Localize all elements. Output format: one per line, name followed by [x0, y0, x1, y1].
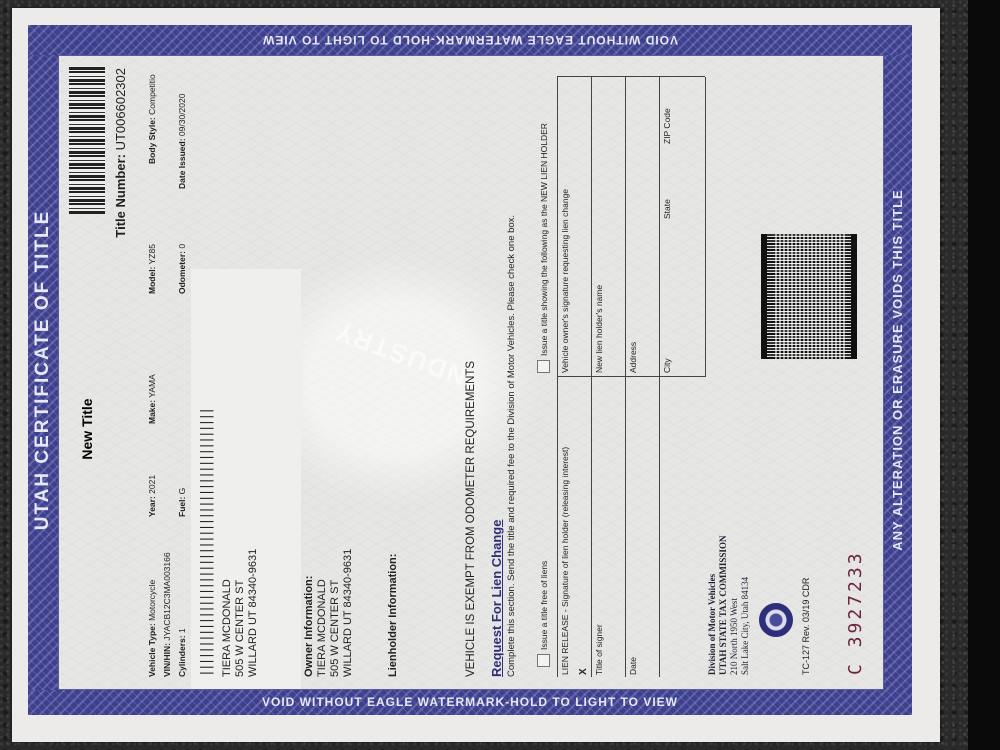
year-field: Year: 2021: [147, 475, 157, 517]
cylinders-value: 1: [177, 628, 187, 633]
body-style-field: Body Style: Competitio: [147, 74, 157, 164]
watermark-warning-left: VOID WITHOUT EAGLE WATERMARK-HOLD TO LIG…: [262, 696, 678, 710]
dmv-address-block: Division of Motor Vehicles UTAH STATE TA…: [707, 536, 751, 675]
model-value: YZ85: [147, 244, 157, 264]
new-lien-holder-checkbox[interactable]: [537, 360, 550, 373]
dmv-city: Salt Lake City, Utah 84134: [740, 536, 751, 675]
city-label: City: [662, 358, 672, 373]
vin-field: VIN/HIN: JYACB12C3MA003166: [162, 552, 172, 677]
zip-code-label: ZIP Code: [662, 108, 672, 144]
date-issued-field: Date Issued: 09/30/2020: [177, 94, 187, 189]
vehicle-type-value: Motorcycle: [147, 580, 157, 621]
border-watermark-band-left: VOID WITHOUT EAGLE WATERMARK-HOLD TO LIG…: [28, 690, 912, 715]
new-lien-holder-name-label: New lien holder's name: [594, 285, 604, 373]
lien-change-heading: Request For Lien Change: [489, 77, 504, 677]
model-label: Model:: [147, 267, 157, 294]
odometer-exempt-note: VEHICLE IS EXEMPT FROM ODOMETER REQUIREM…: [465, 361, 477, 677]
new-lien-holder-label: Issue a title showing the following as t…: [539, 123, 549, 356]
date-line[interactable]: [659, 77, 660, 677]
lien-release-label: LIEN RELEASE - Signature of lien holder …: [560, 447, 570, 675]
body-style-value: Competitio: [147, 74, 157, 115]
make-label: Make:: [147, 400, 157, 424]
title-number-value: UT006602302: [113, 68, 128, 150]
2d-barcode: [761, 234, 857, 359]
alteration-warning: ANY ALTERATION OR ERASURE VOIDS THIS TIT…: [890, 189, 905, 550]
owner-city-state-zip: WILLARD UT 84340-9631: [342, 549, 355, 677]
border-title-band: UTAH CERTIFICATE OF TITLE: [28, 25, 58, 715]
lien-change-section: Request For Lien Change Complete this se…: [489, 77, 517, 677]
title-of-signer-line[interactable]: [625, 77, 626, 677]
free-of-liens-checkbox[interactable]: [537, 654, 550, 667]
watermark-warning-right: VOID WITHOUT EAGLE WATERMARK-HOLD TO LIG…: [262, 33, 678, 47]
signature-line[interactable]: [591, 77, 592, 677]
dmv-street: 210 North 1950 West: [729, 536, 740, 675]
year-label: Year:: [147, 496, 157, 517]
option-new-lien-holder[interactable]: Issue a title showing the following as t…: [537, 123, 550, 373]
fuel-value: G: [177, 488, 187, 495]
title-number-label: Title Number:: [113, 154, 128, 238]
postal-barcode: ||||||||||||||||||||||||||||||||||||||||…: [199, 409, 214, 677]
cylinders-field: Cylinders: 1: [177, 628, 187, 677]
owner-information: Owner Information: TIERA MCDONALD 505 W …: [303, 549, 355, 677]
mailing-address: TIERA MCDONALD 505 W CENTER ST WILLARD U…: [221, 549, 260, 677]
lien-section-right-edge: [557, 76, 705, 77]
vin-label: VIN/HIN:: [162, 643, 172, 677]
free-of-liens-label: Issue a title free of liens: [539, 561, 549, 650]
vin-value: JYACB12C3MA003166: [162, 552, 172, 640]
model-field: Model: YZ85: [147, 244, 157, 294]
owner-street: 505 W CENTER ST: [329, 549, 342, 677]
lien-section-divider: [557, 376, 705, 377]
odometer-field: Odometer: 0: [177, 244, 187, 294]
date-issued-value: 09/30/2020: [177, 94, 187, 137]
owner-signature-label: Vehicle owner's signature requesting lie…: [560, 189, 570, 373]
state-label: State: [662, 199, 672, 219]
lien-section-top-rule: [557, 77, 558, 677]
division-name: Division of Motor Vehicles: [707, 536, 718, 675]
utah-state-seal-icon: [759, 603, 793, 637]
vehicle-type-label: Vehicle Type:: [147, 623, 157, 677]
owner-label: Owner Information:: [303, 549, 316, 677]
mailing-name: TIERA MCDONALD: [221, 549, 234, 677]
certificate-heading: UTAH CERTIFICATE OF TITLE: [32, 210, 53, 531]
form-number: TC-127 Rev. 03/19 CDR: [801, 578, 811, 675]
odometer-value: 0: [177, 244, 187, 249]
city-state-zip-line[interactable]: [705, 77, 706, 377]
year-value: 2021: [147, 475, 157, 494]
commission-name: UTAH STATE TAX COMMISSION: [718, 536, 729, 675]
owner-name: TIERA MCDONALD: [316, 549, 329, 677]
make-field: Make: YAMA: [147, 374, 157, 424]
date-label: Date: [628, 657, 638, 675]
title-number-field: Title Number: UT006602302: [113, 68, 128, 238]
fuel-label: Fuel:: [177, 497, 187, 517]
fuel-field: Fuel: G: [177, 488, 187, 517]
lienholder-label: Lienholder Information:: [387, 554, 399, 677]
address-label: Address: [628, 342, 638, 373]
body-style-label: Body Style:: [147, 117, 157, 164]
serial-number: C 3927233: [845, 550, 866, 675]
title-body: INDUSTRY New Title Title Number: UT00660…: [58, 55, 884, 690]
cylinders-label: Cylinders:: [177, 635, 187, 677]
make-value: YAMA: [147, 374, 157, 397]
certificate-of-title: UTAH CERTIFICATE OF TITLE ANY ALTERATION…: [28, 25, 912, 715]
border-warning-band: ANY ALTERATION OR ERASURE VOIDS THIS TIT…: [884, 25, 912, 715]
title-type: New Title: [79, 169, 95, 689]
lien-change-instructions: Complete this section. Send the title an…: [506, 77, 517, 677]
border-watermark-band-right: VOID WITHOUT EAGLE WATERMARK-HOLD TO LIG…: [28, 25, 912, 55]
signature-x-mark: X: [578, 668, 589, 675]
mailing-street: 505 W CENTER ST: [234, 549, 247, 677]
mailing-city-state-zip: WILLARD UT 84340-9631: [247, 549, 260, 677]
date-issued-label: Date Issued:: [177, 138, 187, 189]
odometer-label: Odometer:: [177, 251, 187, 294]
vehicle-type-field: Vehicle Type: Motorcycle: [147, 580, 157, 677]
title-of-signer-label: Title of signer: [594, 624, 604, 675]
option-free-of-liens[interactable]: Issue a title free of liens: [537, 561, 550, 667]
background-shadow: [968, 0, 1000, 750]
